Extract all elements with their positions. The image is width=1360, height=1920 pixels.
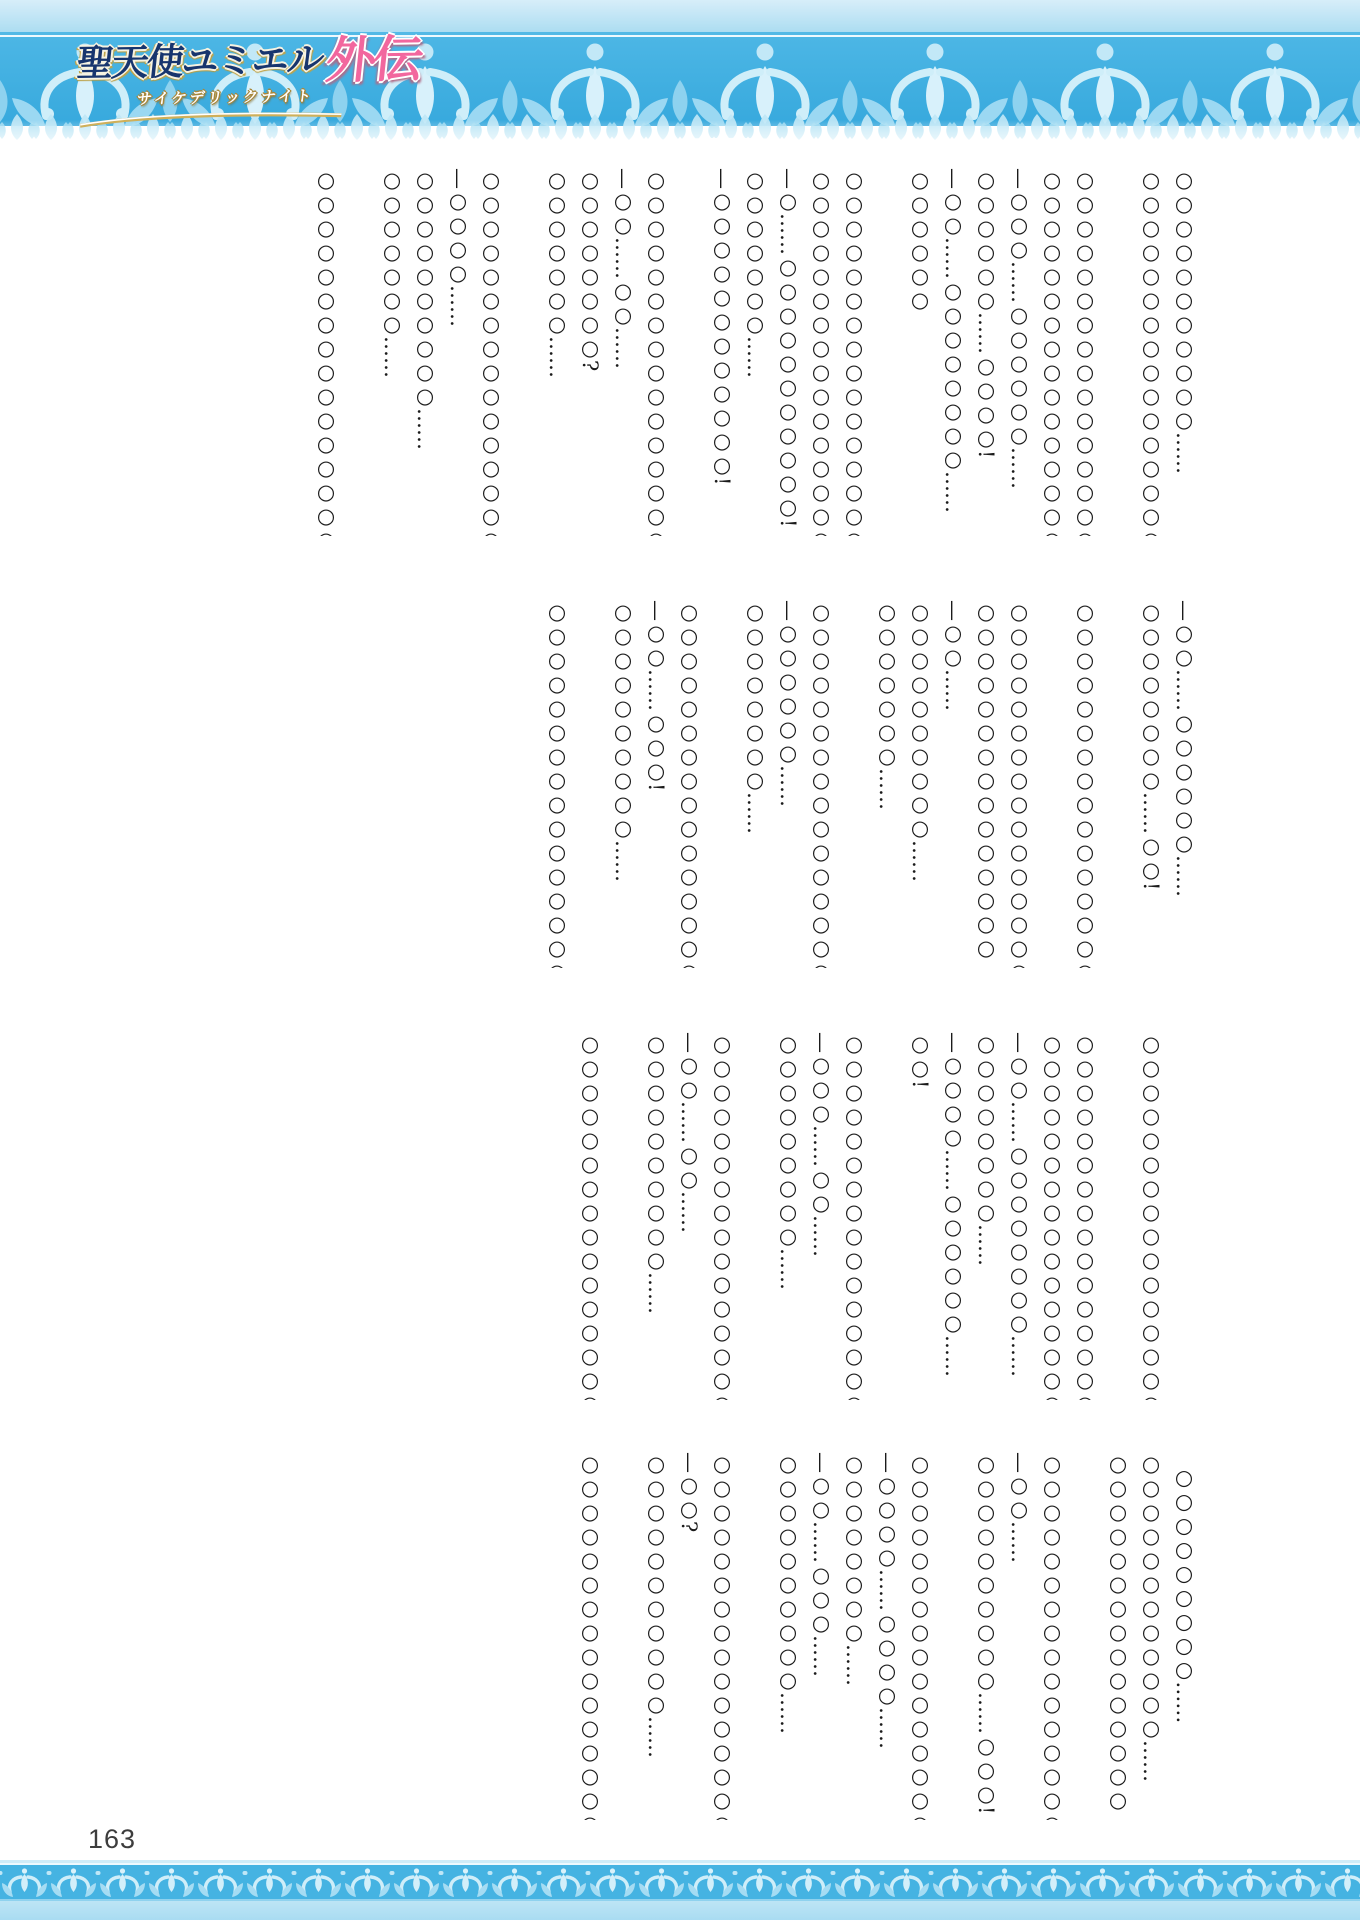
text-band-1: ○○○○○○○○○○○……○○○○○○○○○○○○○○○○○○○○○○○○○○ … [88,168,1200,536]
page-number: 163 [88,1824,136,1855]
text-band-4: ○○○○○○○○○……○○○○○○○○○○○○……○○○○○○○○○○○○○○○… [88,1452,1200,1820]
logo-gaiden-label: 外伝 [324,36,423,83]
logo-swoosh-icon [76,106,349,131]
scanned-book-page: { "header": { "logo_title": "聖天使ユミエル", "… [0,0,1360,1920]
series-logo: 聖天使ユミエル 外伝 サイケデリックナイト [67,27,420,153]
bottom-ornamental-border [0,1856,1360,1920]
text-band-3: ○○○○○○○○○○○○○○○○○○○○○○○○○○○○○○○○○○○○○○○○… [88,1032,1200,1400]
text-band-2: —○○……○○○○○○……○○○○○○○○……○○! ○○○○○○○○○○○○○… [88,600,1200,968]
logo-title: 聖天使ユミエル [74,29,325,87]
palmette-border-pattern-icon [0,1856,1360,1920]
